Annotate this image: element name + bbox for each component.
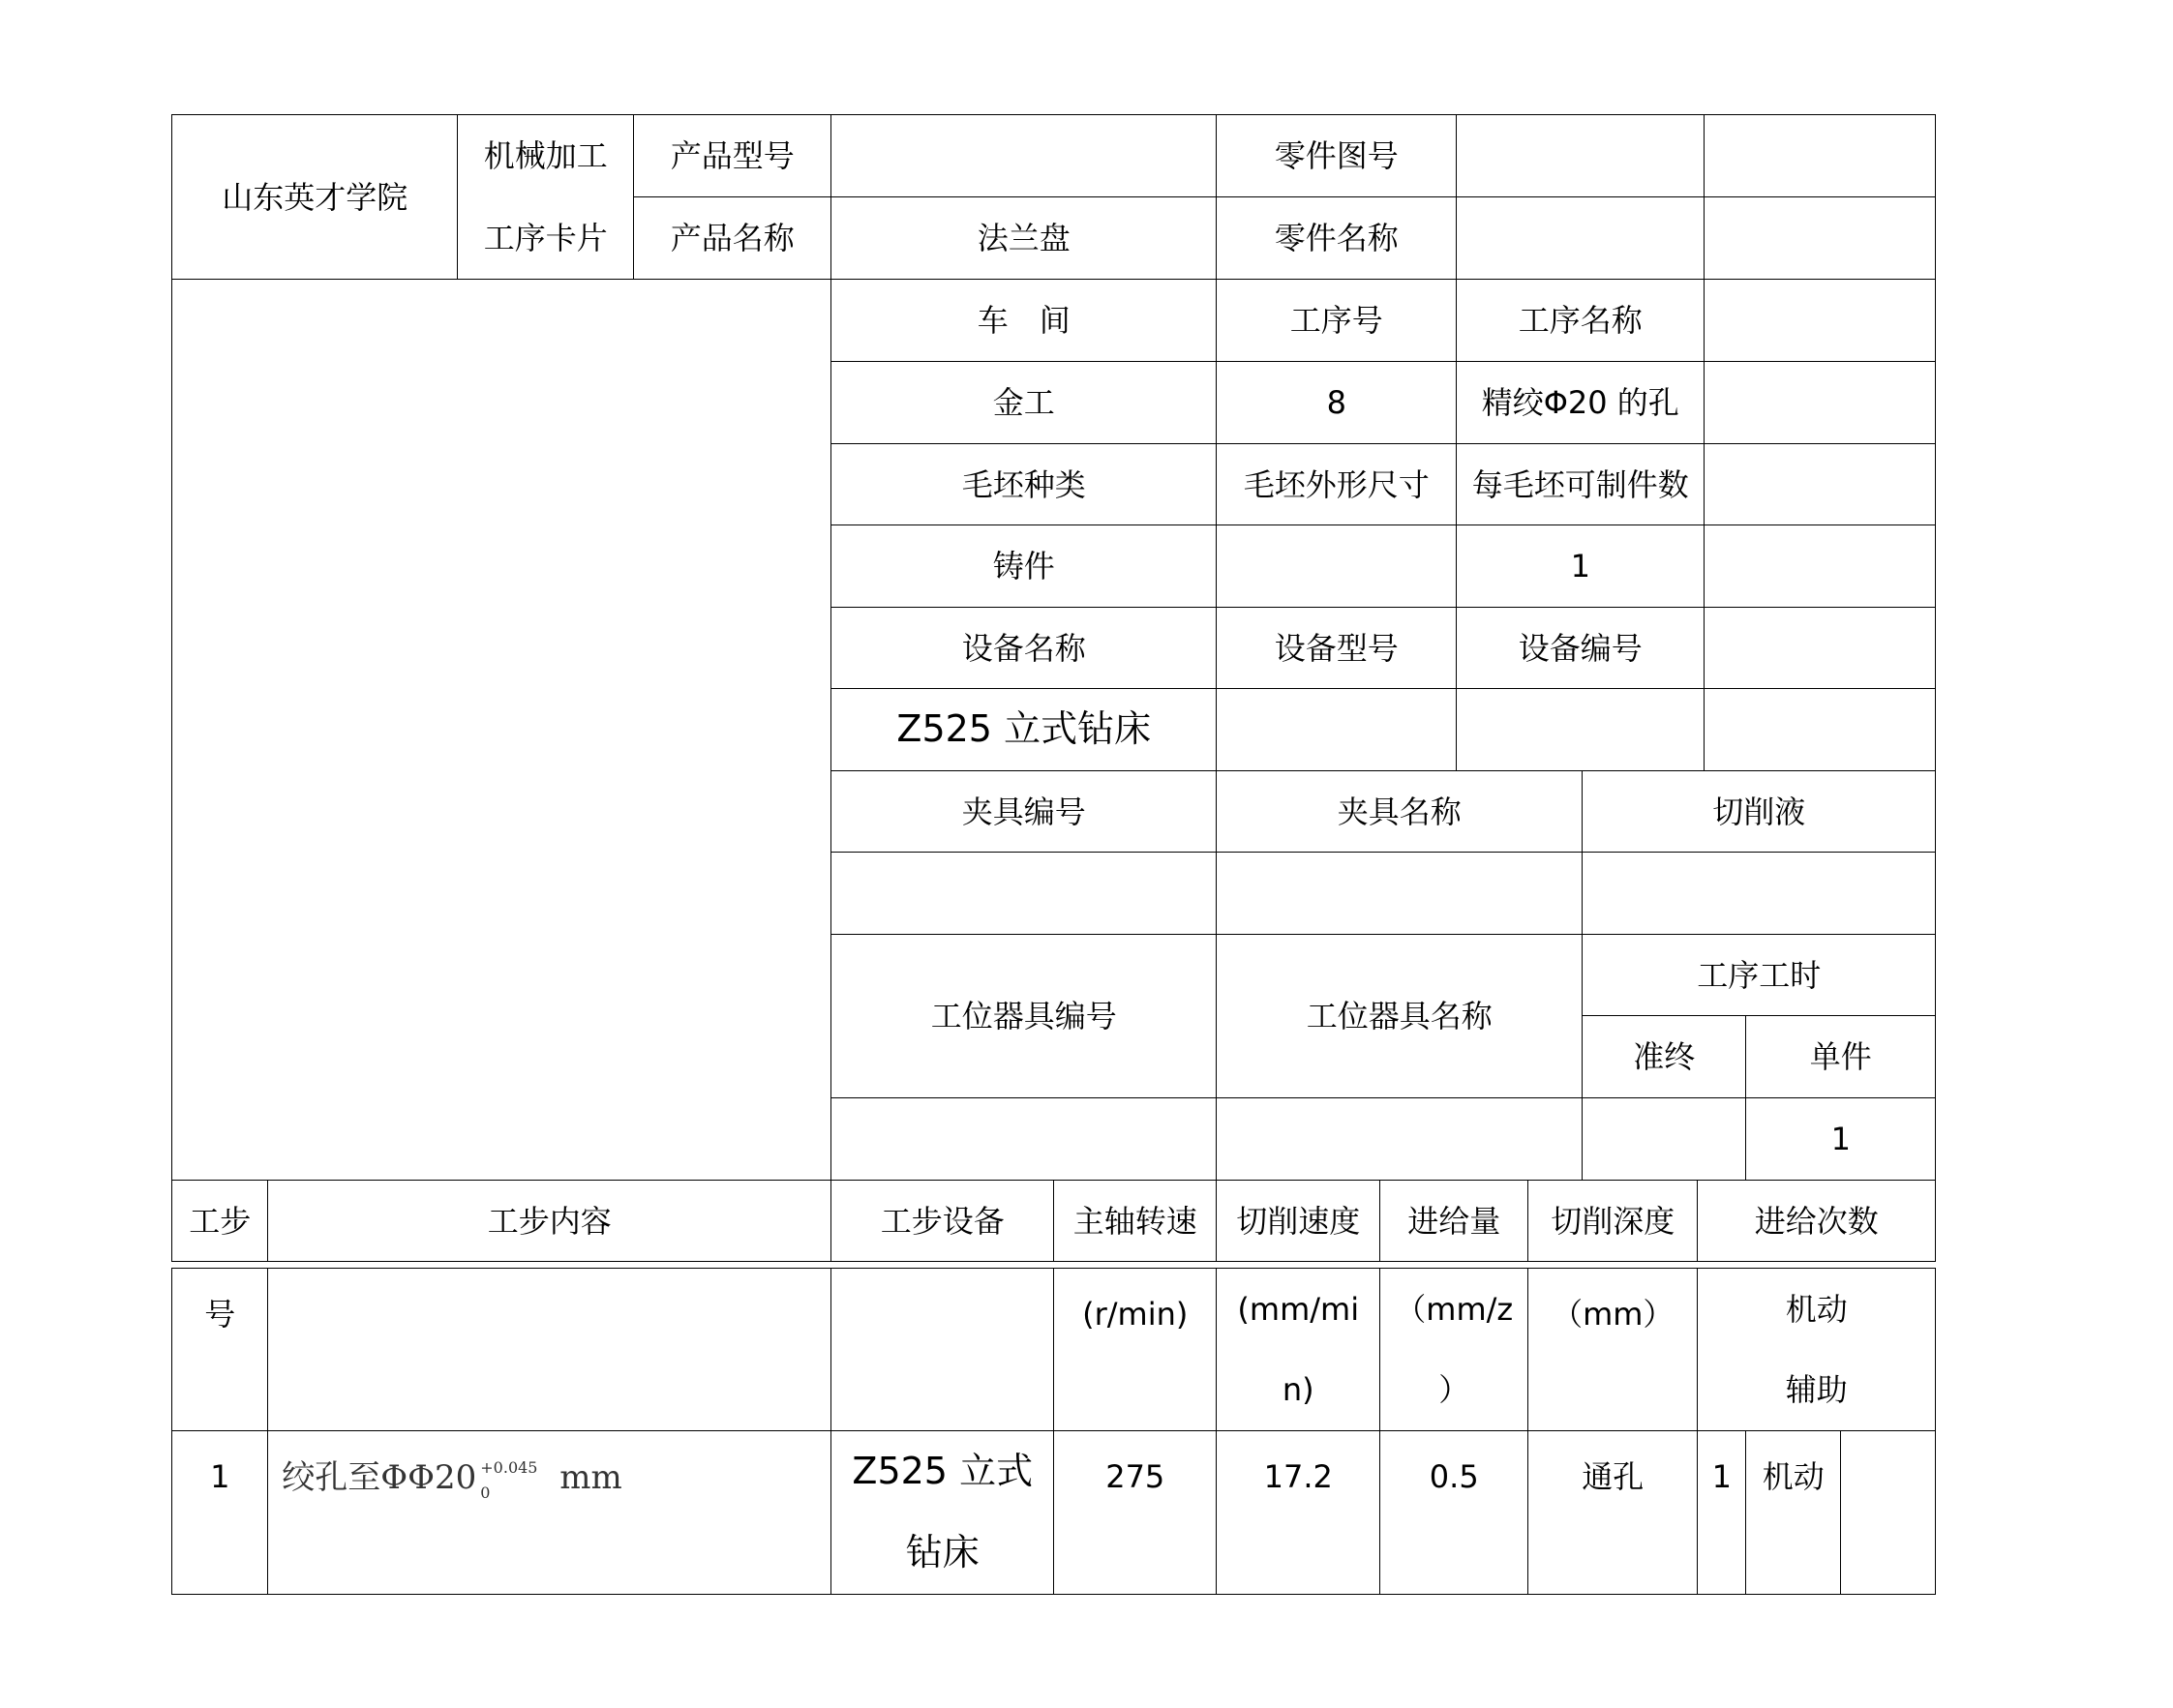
equip-model-label: 设备型号 <box>1216 607 1457 689</box>
coolant-label: 切削液 <box>1582 770 1936 853</box>
cutting-speed-header: 切削速度 <box>1216 1180 1380 1262</box>
equip-no-value[interactable] <box>1456 688 1705 771</box>
workshop-value[interactable]: 金工 <box>830 361 1217 444</box>
depth-value[interactable]: 通孔 <box>1527 1430 1698 1595</box>
spindle-speed-value[interactable]: 275 <box>1053 1430 1217 1595</box>
blank-size-label: 毛坯外形尺寸 <box>1216 443 1457 525</box>
feed-unit-line2: ） <box>1438 1371 1469 1408</box>
step-content-header: 工步内容 <box>267 1180 831 1262</box>
pieces-per-blank-value[interactable]: 1 <box>1456 524 1705 608</box>
depth-header: 切削深度 <box>1527 1180 1698 1262</box>
equip-model-value[interactable] <box>1216 688 1457 771</box>
auto-value[interactable]: 机动 <box>1745 1430 1841 1595</box>
step-equipment-line1: Z525 立式 <box>852 1450 1033 1494</box>
fixture-name-label: 夹具名称 <box>1216 770 1583 853</box>
step-content-header-cont <box>267 1268 831 1431</box>
step-no-header-cont: 号 <box>171 1268 268 1431</box>
blank-cell <box>1704 279 1936 362</box>
step-equipment-header-cont <box>830 1268 1054 1431</box>
blank-type-value[interactable]: 铸件 <box>830 524 1217 608</box>
blank-cell <box>1704 114 1936 197</box>
spindle-unit: (r/min) <box>1053 1268 1217 1431</box>
product-name-label: 产品名称 <box>633 196 831 280</box>
card-title-line2: 工序卡片 <box>484 220 608 256</box>
blank-cell <box>1704 361 1936 444</box>
part-drawing-value[interactable] <box>1456 114 1705 197</box>
blank-cell <box>1704 524 1936 608</box>
spindle-speed-header: 主轴转速 <box>1053 1180 1217 1262</box>
blank-size-value[interactable] <box>1216 524 1457 608</box>
tolerance-lower: 0 <box>480 1483 490 1502</box>
unit-time-label: 单件 <box>1745 1015 1936 1098</box>
station-tool-no-value[interactable] <box>830 1097 1217 1181</box>
product-name-value[interactable]: 法兰盘 <box>830 196 1217 280</box>
aux-label: 辅助 <box>1786 1371 1848 1408</box>
depth-unit: （mm） <box>1527 1268 1698 1431</box>
fixture-no-label: 夹具编号 <box>830 770 1217 853</box>
blank-cell <box>1704 196 1936 280</box>
card-title-line1: 机械加工 <box>484 137 608 174</box>
school-name: 山东英才学院 <box>171 114 458 280</box>
op-name-label: 工序名称 <box>1456 279 1705 362</box>
station-tool-name-label: 工位器具名称 <box>1216 934 1583 1098</box>
card-title: 机械加工 工序卡片 <box>457 114 634 280</box>
step-no[interactable]: 1 <box>171 1430 268 1595</box>
blank-cell <box>1704 607 1936 689</box>
step-equipment[interactable]: Z525 立式 钻床 <box>830 1430 1054 1595</box>
blank-cell <box>1704 688 1936 771</box>
cutting-speed-unit-line1: (mm/mi <box>1237 1291 1359 1328</box>
feed-unit-line1: （mm/z <box>1395 1291 1513 1328</box>
step-no-header: 工步 <box>171 1180 268 1262</box>
step-equipment-line2: 钻床 <box>906 1531 980 1575</box>
feed-header: 进给量 <box>1379 1180 1528 1262</box>
op-name-value[interactable]: 精绞Φ20 的孔 <box>1456 361 1705 444</box>
aux-value[interactable] <box>1840 1430 1936 1595</box>
feed-value[interactable]: 0.5 <box>1379 1430 1528 1595</box>
passes-header: 进给次数 <box>1697 1180 1936 1262</box>
setup-time-label: 准终 <box>1582 1015 1746 1098</box>
product-model-label: 产品型号 <box>633 114 831 197</box>
step-content-unit: mm <box>559 1458 621 1498</box>
passes-value[interactable]: 1 <box>1697 1430 1746 1595</box>
part-drawing-label: 零件图号 <box>1216 114 1457 197</box>
op-no-value[interactable]: 8 <box>1216 361 1457 444</box>
station-tool-name-value[interactable] <box>1216 1097 1583 1181</box>
op-time-label: 工序工时 <box>1582 934 1936 1016</box>
equip-no-label: 设备编号 <box>1456 607 1705 689</box>
equip-name-label: 设备名称 <box>830 607 1217 689</box>
part-name-value[interactable] <box>1456 196 1705 280</box>
step-equipment-header: 工步设备 <box>830 1180 1054 1262</box>
unit-time-value[interactable]: 1 <box>1745 1097 1936 1181</box>
cutting-speed-unit: (mm/mi n) <box>1216 1268 1380 1431</box>
blank-cell <box>1704 443 1936 525</box>
passes-type: 机动 辅助 <box>1697 1268 1936 1431</box>
tolerance: +0.045 0 <box>476 1458 534 1516</box>
blank-type-label: 毛坯种类 <box>830 443 1217 525</box>
tolerance-upper: +0.045 <box>480 1458 537 1477</box>
sketch-area <box>171 279 831 1181</box>
pieces-per-blank-label: 每毛坯可制件数 <box>1456 443 1705 525</box>
part-name-label: 零件名称 <box>1216 196 1457 280</box>
station-tool-no-label: 工位器具编号 <box>830 934 1217 1098</box>
step-content[interactable]: 绞孔至ΦΦ20 +0.045 0 mm <box>267 1430 831 1595</box>
setup-time-value[interactable] <box>1582 1097 1746 1181</box>
coolant-value[interactable] <box>1582 852 1936 935</box>
feed-unit: （mm/z ） <box>1379 1268 1528 1431</box>
step-content-text: 绞孔至ΦΦ20 <box>282 1458 476 1498</box>
fixture-no-value[interactable] <box>830 852 1217 935</box>
equip-name-value[interactable]: Z525 立式钻床 <box>830 688 1217 771</box>
op-no-label: 工序号 <box>1216 279 1457 362</box>
product-model-value[interactable] <box>830 114 1217 197</box>
cutting-speed-value[interactable]: 17.2 <box>1216 1430 1380 1595</box>
cutting-speed-unit-line2: n) <box>1283 1371 1314 1408</box>
fixture-name-value[interactable] <box>1216 852 1583 935</box>
workshop-label: 车 间 <box>830 279 1217 362</box>
auto-label: 机动 <box>1786 1291 1848 1328</box>
